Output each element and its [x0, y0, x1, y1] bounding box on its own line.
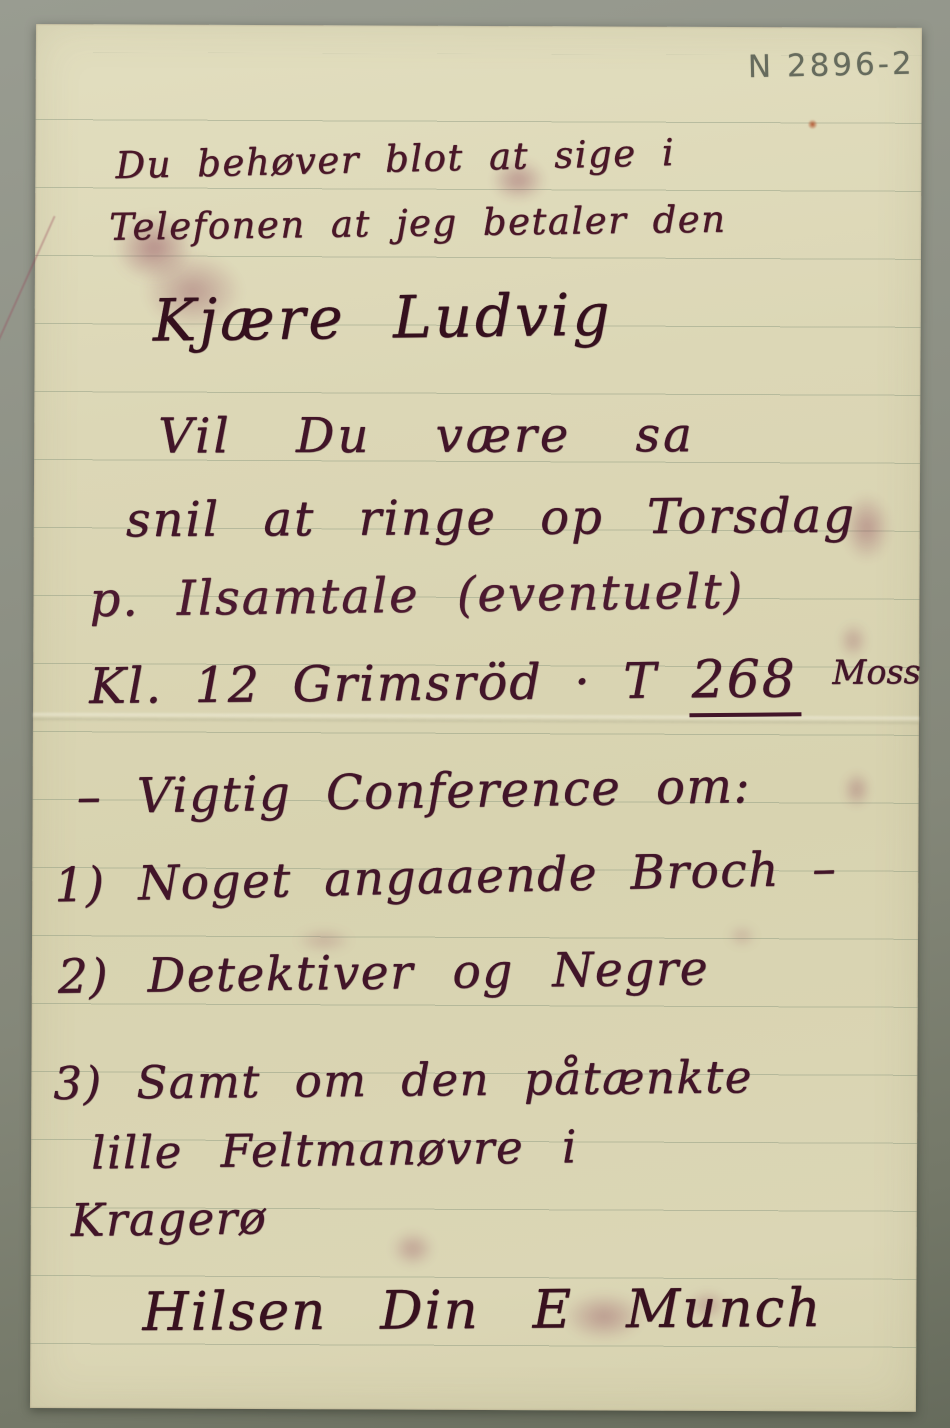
photo-backdrop: N 2896-2 Du behøver blot at sige i Telef…	[0, 0, 950, 1428]
letter-list-item-2: 2) Detektiver og Negre	[58, 941, 710, 1005]
letter-body-line-1: Vil Du være sa	[158, 407, 695, 464]
ink-stain	[383, 1224, 443, 1274]
letter-list-item-3-line-1: 3) Samt om den påtænkte	[53, 1050, 753, 1110]
letter-line-addendum-2: Telefonen at jeg betaler den	[109, 198, 727, 249]
phone-line-place: Moss	[832, 652, 921, 692]
ink-stain	[838, 764, 876, 816]
scratch-mark	[0, 216, 56, 344]
letter-line-addendum-1: Du behøver blot at sige i	[115, 131, 676, 187]
letter-list-item-1: 1) Noget angaaende Broch –	[54, 841, 838, 913]
letter-signature: Hilsen Din E Munch	[142, 1278, 822, 1343]
phone-line-prefix: Kl. 12 Grimsröd · T	[89, 653, 658, 715]
letter-conference-line: – Vigtig Conference om:	[76, 758, 751, 825]
catalog-number: N 2896-2	[747, 46, 915, 86]
letter-paper: N 2896-2 Du behøver blot at sige i Telef…	[30, 24, 922, 1412]
ink-stain	[722, 921, 762, 951]
letter-list-item-3-line-2: lille Feltmanøvre i	[91, 1120, 578, 1179]
paper-speck	[808, 119, 818, 129]
phone-number-underlined: 268	[689, 649, 801, 717]
letter-greeting: Kjære Ludvig	[152, 281, 613, 355]
letter-body-line-2: snil at ringe op Torsdag	[126, 488, 856, 548]
letter-phone-line: Kl. 12 Grimsröd · T 268 Moss	[89, 648, 921, 716]
letter-body-line-3: p. Ilsamtale (eventuelt)	[89, 563, 744, 628]
letter-list-item-3-line-3: Kragerø	[70, 1191, 267, 1247]
